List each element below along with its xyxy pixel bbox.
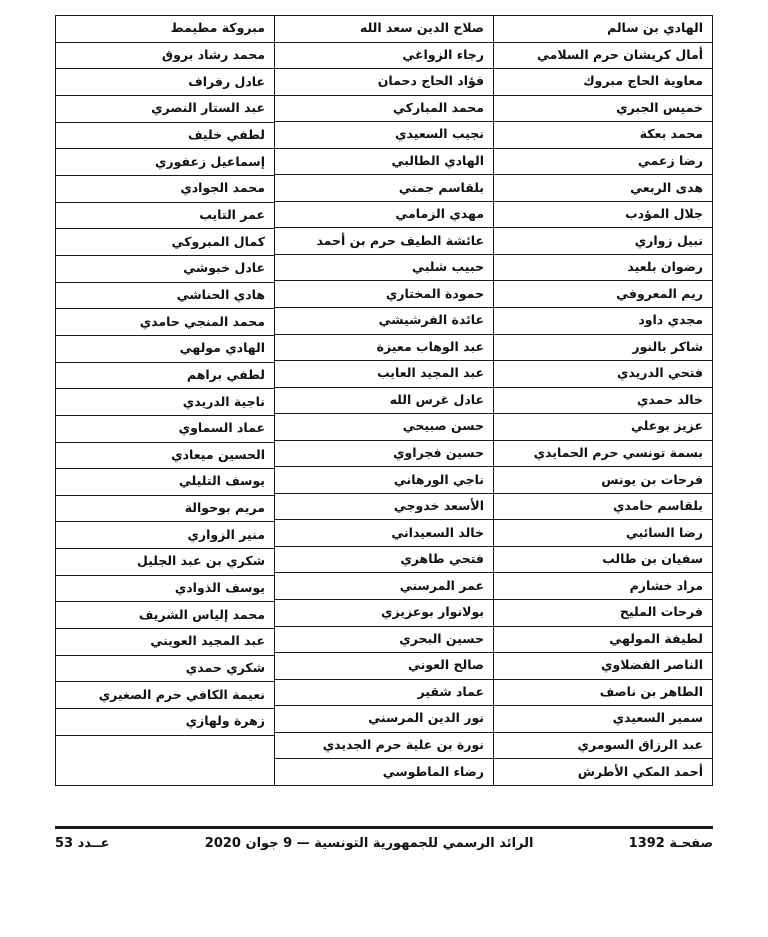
name-cell: لطفي خليف	[56, 123, 274, 150]
name-cell: محمد الجوادي	[56, 176, 274, 203]
name-cell: محمد رشاد بروق	[56, 43, 274, 70]
journal-title: الرائد الرسمي للجمهورية التونسية — 9 جوا…	[205, 836, 534, 851]
name-cell: هدى الربعي	[494, 175, 712, 202]
name-cell: محمد بعكة	[494, 122, 712, 149]
name-cell: عمر التايب	[56, 203, 274, 230]
name-cell: نعيمة الكافي حرم الصغيري	[56, 682, 274, 709]
name-cell: نجيب السعيدي	[275, 122, 493, 149]
name-cell: الحسين ميعادي	[56, 443, 274, 470]
name-cell: أمال كريشان حرم السلامي	[494, 43, 712, 70]
table-column-middle: صلاح الدين سعد اللهرجاء الزواغيفؤاد الحا…	[274, 16, 493, 785]
name-cell: محمد المباركي	[275, 96, 493, 123]
name-cell: نورة بن علية حرم الجديدي	[275, 733, 493, 760]
name-cell: الناصر الفضلاوي	[494, 653, 712, 680]
name-cell: عزيز بوعلي	[494, 414, 712, 441]
name-cell: يوسف الذوادي	[56, 576, 274, 603]
name-cell: فتحي الدريدي	[494, 361, 712, 388]
name-cell: حمودة المختاري	[275, 281, 493, 308]
empty-cell	[56, 736, 274, 785]
name-cell: عائدة الفرشيشي	[275, 308, 493, 335]
name-cell: صلاح الدين سعد الله	[275, 16, 493, 43]
table-column-left: مبروكة مطيمطمحمد رشاد بروقعادل رفرافعبد …	[56, 16, 274, 785]
name-cell: فؤاد الحاج دحمان	[275, 69, 493, 96]
name-cell: عائشة الطيف حرم بن أحمد	[275, 228, 493, 255]
name-cell: عادل خبوشي	[56, 256, 274, 283]
name-cell: محمد إلياس الشريف	[56, 602, 274, 629]
name-cell: حسين فجراوي	[275, 441, 493, 468]
name-cell: رضا السائبي	[494, 520, 712, 547]
issue-number: عــدد 53	[55, 836, 110, 851]
name-cell: مريم بوحوالة	[56, 496, 274, 523]
name-cell: يوسف التليلي	[56, 469, 274, 496]
name-cell: نور الدين المرسني	[275, 706, 493, 733]
name-cell: فرحات بن يونس	[494, 467, 712, 494]
name-cell: رجاء الزواغي	[275, 43, 493, 70]
name-cell: بسمة تونسي حرم الحمايدي	[494, 441, 712, 468]
gazette-page: الهادي بن سالمأمال كريشان حرم السلاميمعا…	[0, 0, 768, 937]
name-cell: محمد المنجي حامدي	[56, 309, 274, 336]
page-number: صفحـة 1392	[629, 836, 713, 851]
name-cell: الهادي الطالبي	[275, 149, 493, 176]
name-cell: كمال المبروكي	[56, 229, 274, 256]
name-cell: سفيان بن طالب	[494, 547, 712, 574]
name-cell: إسماعيل زعفوري	[56, 149, 274, 176]
name-cell: ناجي الورهاني	[275, 467, 493, 494]
name-cell: أحمد المكي الأطرش	[494, 759, 712, 785]
table-column-right: الهادي بن سالمأمال كريشان حرم السلاميمعا…	[493, 16, 712, 785]
name-cell: مجدي داود	[494, 308, 712, 335]
name-cell: رضوان بلعيد	[494, 255, 712, 282]
name-cell: رضا زعمي	[494, 149, 712, 176]
name-cell: خميس الجبري	[494, 96, 712, 123]
name-cell: عماد السماوي	[56, 416, 274, 443]
name-cell: عبد المجيد العايب	[275, 361, 493, 388]
name-cell: لطفي براهم	[56, 363, 274, 390]
name-cell: شكري بن عبد الجليل	[56, 549, 274, 576]
name-cell: مراد خشارم	[494, 573, 712, 600]
name-cell: عبد الوهاب معيزة	[275, 335, 493, 362]
name-cell: بلقاسم حامدي	[494, 494, 712, 521]
name-cell: زهرة ولهازي	[56, 709, 274, 736]
name-cell: مهدي الزمامي	[275, 202, 493, 229]
name-cell: حسين البحري	[275, 627, 493, 654]
name-cell: شكري حمدي	[56, 656, 274, 683]
name-cell: عبد الرزاق السومري	[494, 733, 712, 760]
name-cell: مبروكة مطيمط	[56, 16, 274, 43]
name-cell: الهادي مولهي	[56, 336, 274, 363]
name-cell: رضاء الماطوسي	[275, 759, 493, 785]
name-cell: بولانوار بوعزيزي	[275, 600, 493, 627]
name-cell: منير الزواري	[56, 522, 274, 549]
name-cell: هادي الحناشي	[56, 283, 274, 310]
name-cell: بلقاسم جمني	[275, 175, 493, 202]
names-table: الهادي بن سالمأمال كريشان حرم السلاميمعا…	[55, 15, 713, 786]
name-cell: عمر المرسني	[275, 573, 493, 600]
name-cell: معاوية الحاج مبروك	[494, 69, 712, 96]
name-cell: صالح العوني	[275, 653, 493, 680]
name-cell: فتحي طاهري	[275, 547, 493, 574]
name-cell: عبد المجيد العويني	[56, 629, 274, 656]
name-cell: نبيل زواري	[494, 228, 712, 255]
name-cell: عماد شقير	[275, 680, 493, 707]
name-cell: الطاهر بن ناصف	[494, 680, 712, 707]
name-cell: شاكر بالنور	[494, 335, 712, 362]
name-cell: ناجية الدريدي	[56, 389, 274, 416]
name-cell: حسن صبيحي	[275, 414, 493, 441]
name-cell: عبد الستار النصري	[56, 96, 274, 123]
name-cell: سمير السعيدي	[494, 706, 712, 733]
name-cell: الهادي بن سالم	[494, 16, 712, 43]
name-cell: الأسعد خدوجي	[275, 494, 493, 521]
name-cell: لطيفة المولهي	[494, 627, 712, 654]
name-cell: ريم المعروفي	[494, 281, 712, 308]
name-cell: عادل رفراف	[56, 69, 274, 96]
name-cell: حبيب شلبي	[275, 255, 493, 282]
name-cell: خالد السعيداني	[275, 520, 493, 547]
name-cell: جلال المؤدب	[494, 202, 712, 229]
name-cell: خالد حمدي	[494, 388, 712, 415]
footer-rule	[55, 826, 713, 829]
name-cell: عادل غرس الله	[275, 388, 493, 415]
name-cell: فرحات المليح	[494, 600, 712, 627]
page-footer: صفحـة 1392 الرائد الرسمي للجمهورية التون…	[55, 836, 713, 851]
